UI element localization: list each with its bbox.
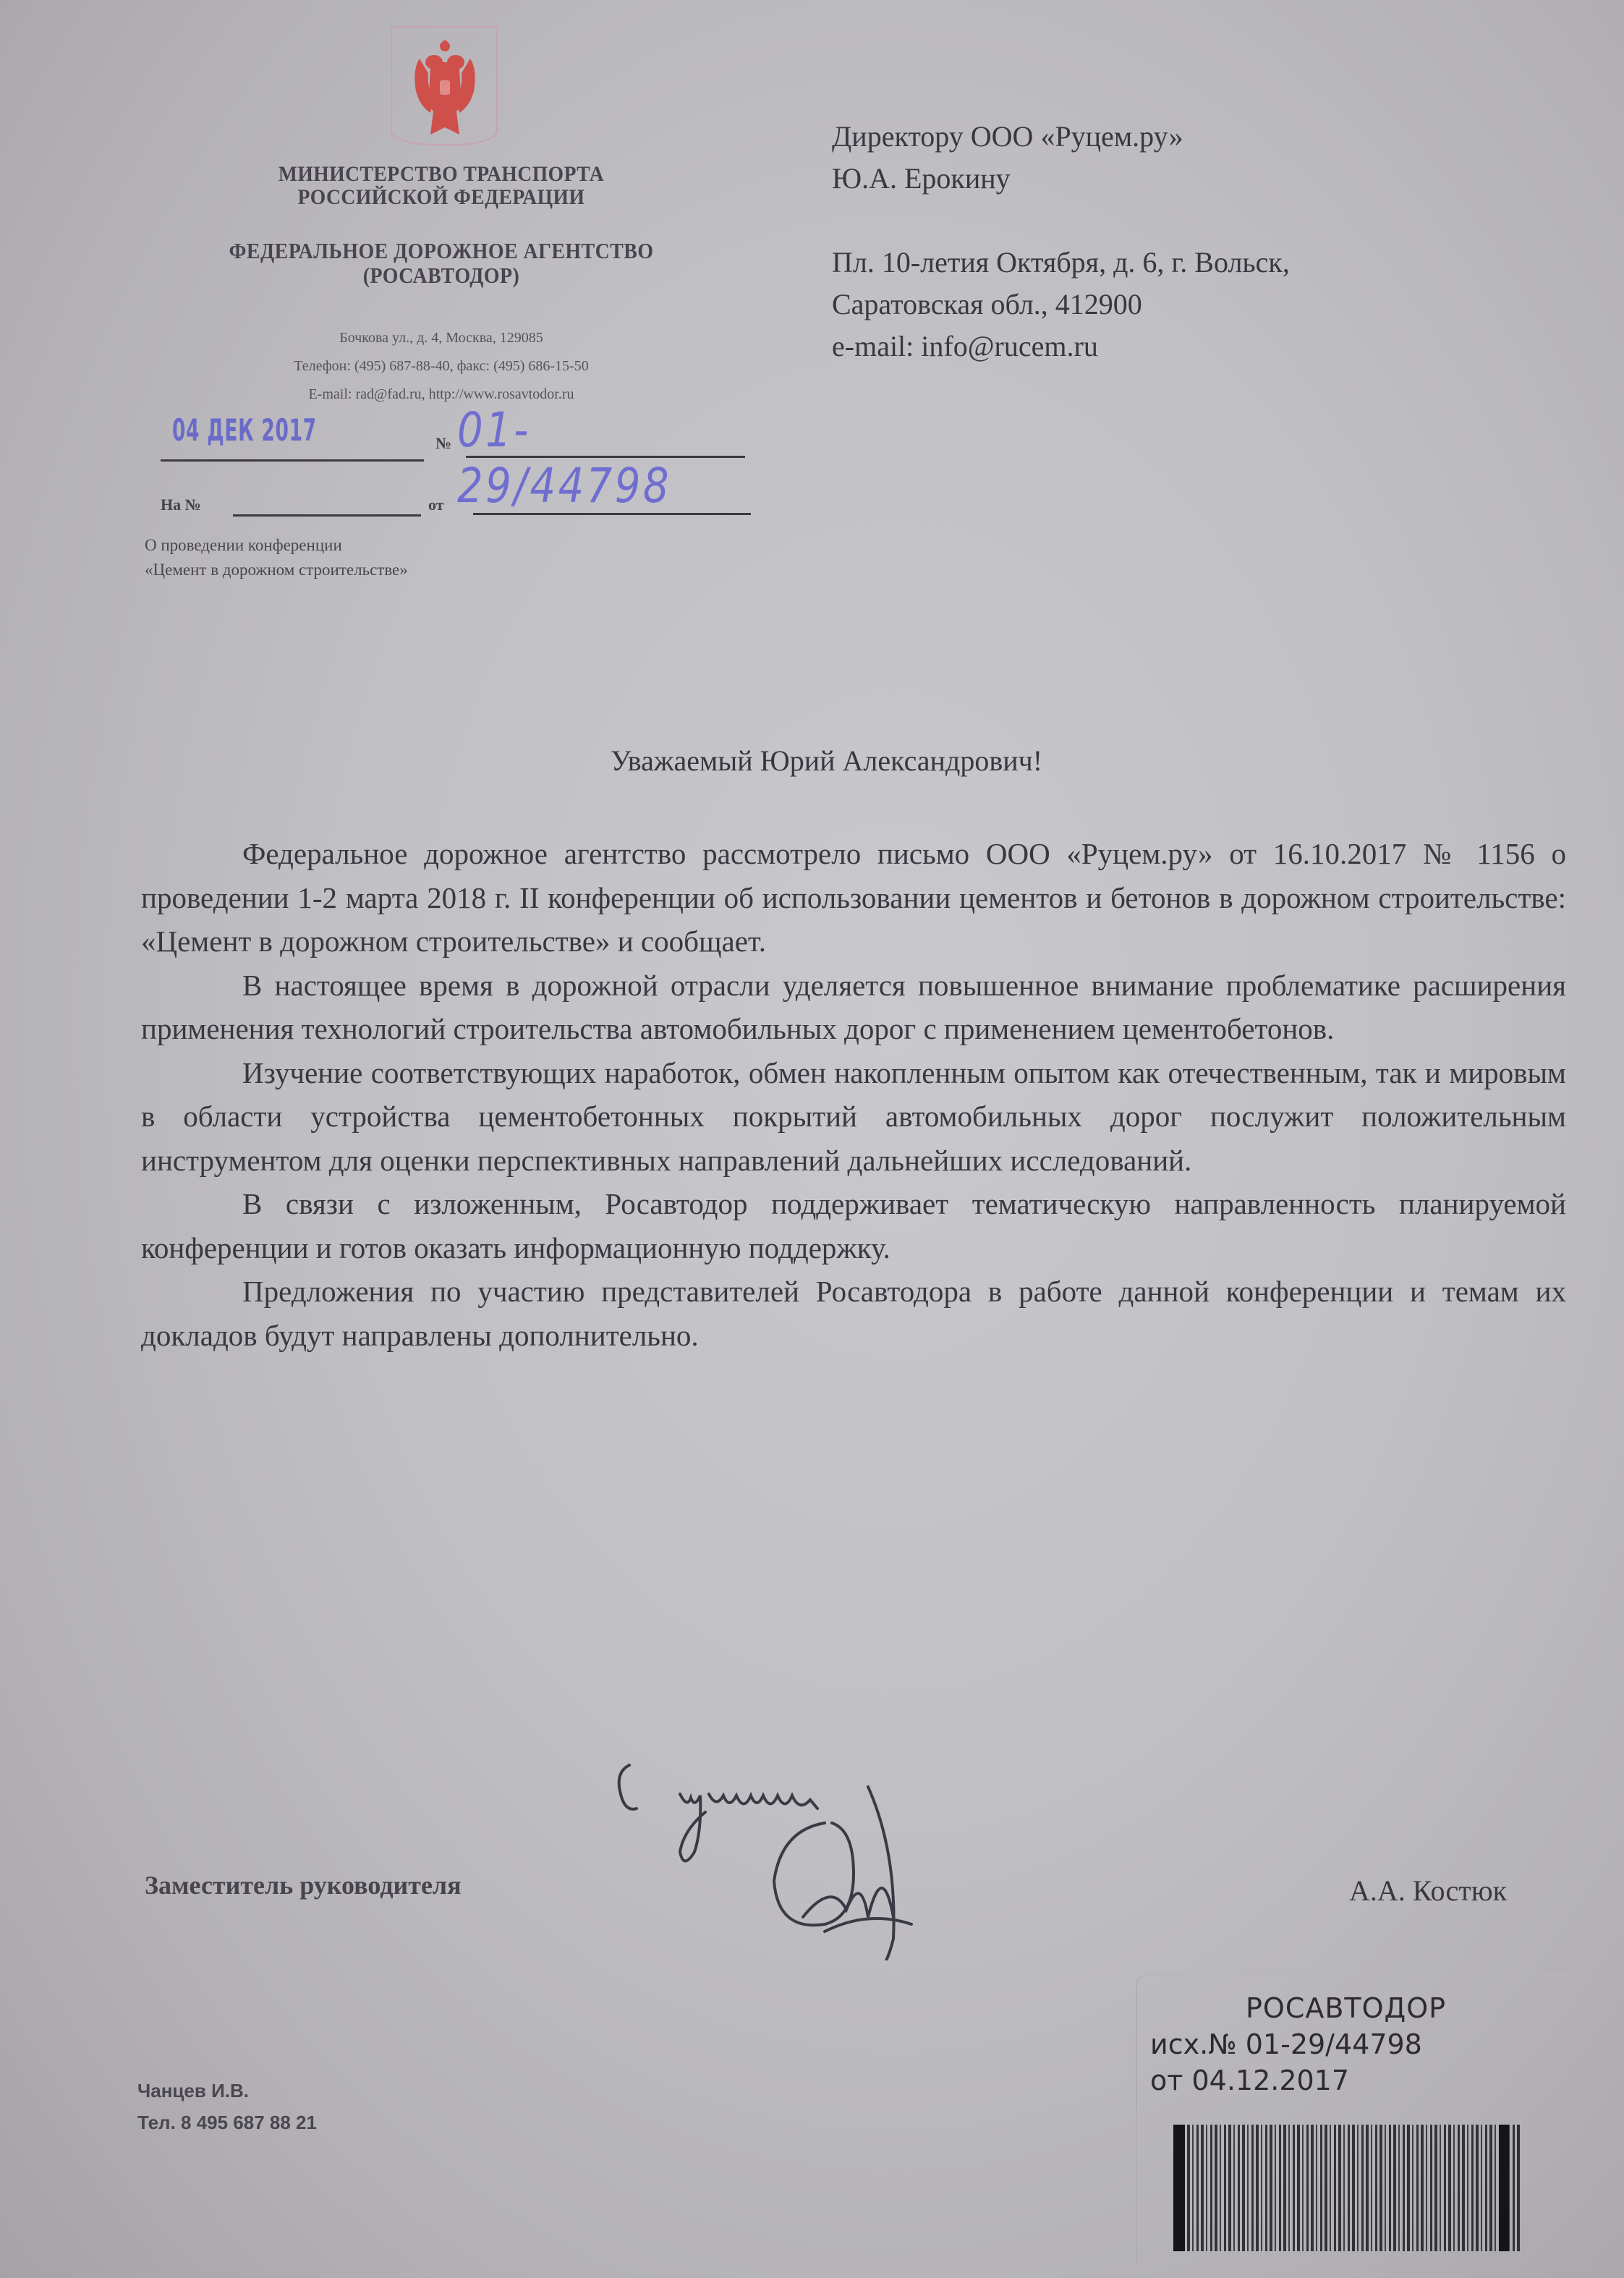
ministry-line-2: РОССИЙСКОЙ ФЕДЕРАЦИИ	[202, 186, 681, 209]
executor-phone: Тел. 8 495 687 88 21	[137, 2107, 317, 2138]
executor-info: Чанцев И.В. Тел. 8 495 687 88 21	[137, 2075, 317, 2138]
outgoing-registration-stamp: РОСАВТОДОР исх.№ 01-29/44798 от 04.12.20…	[1136, 1975, 1571, 2266]
coat-of-arms-emblem	[391, 26, 499, 149]
body-paragraph: Предложения по участию представителей Ро…	[141, 1270, 1566, 1357]
barcode-guard-right	[1499, 2125, 1509, 2251]
addressee-email: e-mail: info@rucem.ru	[832, 326, 1483, 367]
date-underline	[161, 459, 424, 462]
body-paragraph: В настоящее время в дорожной отрасли уде…	[141, 964, 1566, 1051]
ministry-line-1: МИНИСТЕРСТВО ТРАНСПОРТА	[202, 163, 681, 186]
number-underline	[466, 456, 745, 458]
registration-line: 04 ДЕК 2017 № 01-29/44798	[161, 405, 754, 463]
body-paragraph: Федеральное дорожное агентство рассмотре…	[141, 832, 1566, 964]
subject-line-2: «Цемент в дорожном строительстве»	[145, 558, 651, 582]
stamp-outgoing-number: исх.№ 01-29/44798	[1150, 2028, 1422, 2060]
subject-line-1: О проведении конференции	[145, 533, 651, 558]
reply-reference-line: На № от	[161, 496, 754, 524]
double-headed-eagle-icon	[391, 26, 499, 149]
agency-name: ФЕДЕРАЛЬНОЕ ДОРОЖНОЕ АГЕНТСТВО (РОСАВТОД…	[174, 239, 708, 288]
addressee-title: Директору ООО «Руцем.ру»	[832, 116, 1483, 158]
stamp-date: от 04.12.2017	[1150, 2065, 1349, 2096]
signatory-name: А.А. Костюк	[1349, 1874, 1507, 1908]
handwritten-signature	[608, 1743, 1085, 1960]
letter-subject: О проведении конференции «Цемент в дорож…	[145, 533, 651, 582]
barcode-icon	[1173, 2125, 1521, 2251]
addressee-address-1: Пл. 10-летия Октября, д. 6, г. Вольск,	[832, 242, 1483, 284]
agency-line-2: (РОСАВТОДОР)	[174, 263, 708, 288]
agency-line-1: ФЕДЕРАЛЬНОЕ ДОРОЖНОЕ АГЕНТСТВО	[174, 239, 708, 263]
reply-date-blank	[473, 513, 751, 515]
addressee-address-2: Саратовская обл., 412900	[832, 284, 1483, 326]
number-label: №	[435, 434, 451, 453]
date-stamp: 04 ДЕК 2017	[172, 412, 317, 448]
signatory-position: Заместитель руководителя	[145, 1870, 462, 1900]
agency-address: Бочкова ул., д. 4, Москва, 129085	[159, 324, 723, 352]
addressee-block: Директору ООО «Руцем.ру» Ю.А. Ерокину Пл…	[832, 116, 1483, 367]
reply-from-label: от	[428, 496, 444, 514]
agency-contacts: Бочкова ул., д. 4, Москва, 129085 Телефо…	[159, 324, 723, 409]
body-paragraph: В связи с изложенным, Росавтодор поддерж…	[141, 1182, 1566, 1270]
addressee-name: Ю.А. Ерокину	[832, 158, 1483, 200]
letter-body: Федеральное дорожное агентство рассмотре…	[141, 832, 1566, 1357]
reply-to-label: На №	[161, 496, 201, 514]
greeting: Уважаемый Юрий Александрович!	[0, 744, 1624, 778]
signature-icon	[608, 1743, 1085, 1960]
agency-phones: Телефон: (495) 687-88-40, факс: (495) 68…	[159, 352, 723, 381]
addressee-spacer	[832, 200, 1483, 242]
reply-number-blank	[233, 514, 421, 517]
ministry-name: МИНИСТЕРСТВО ТРАНСПОРТА РОССИЙСКОЙ ФЕДЕР…	[202, 163, 681, 209]
executor-name: Чанцев И.В.	[137, 2075, 317, 2107]
body-paragraph: Изучение соответствующих наработок, обме…	[141, 1051, 1566, 1183]
barcode-guard-left	[1173, 2125, 1185, 2251]
stamp-organization: РОСАВТОДОР	[1246, 1992, 1446, 2024]
